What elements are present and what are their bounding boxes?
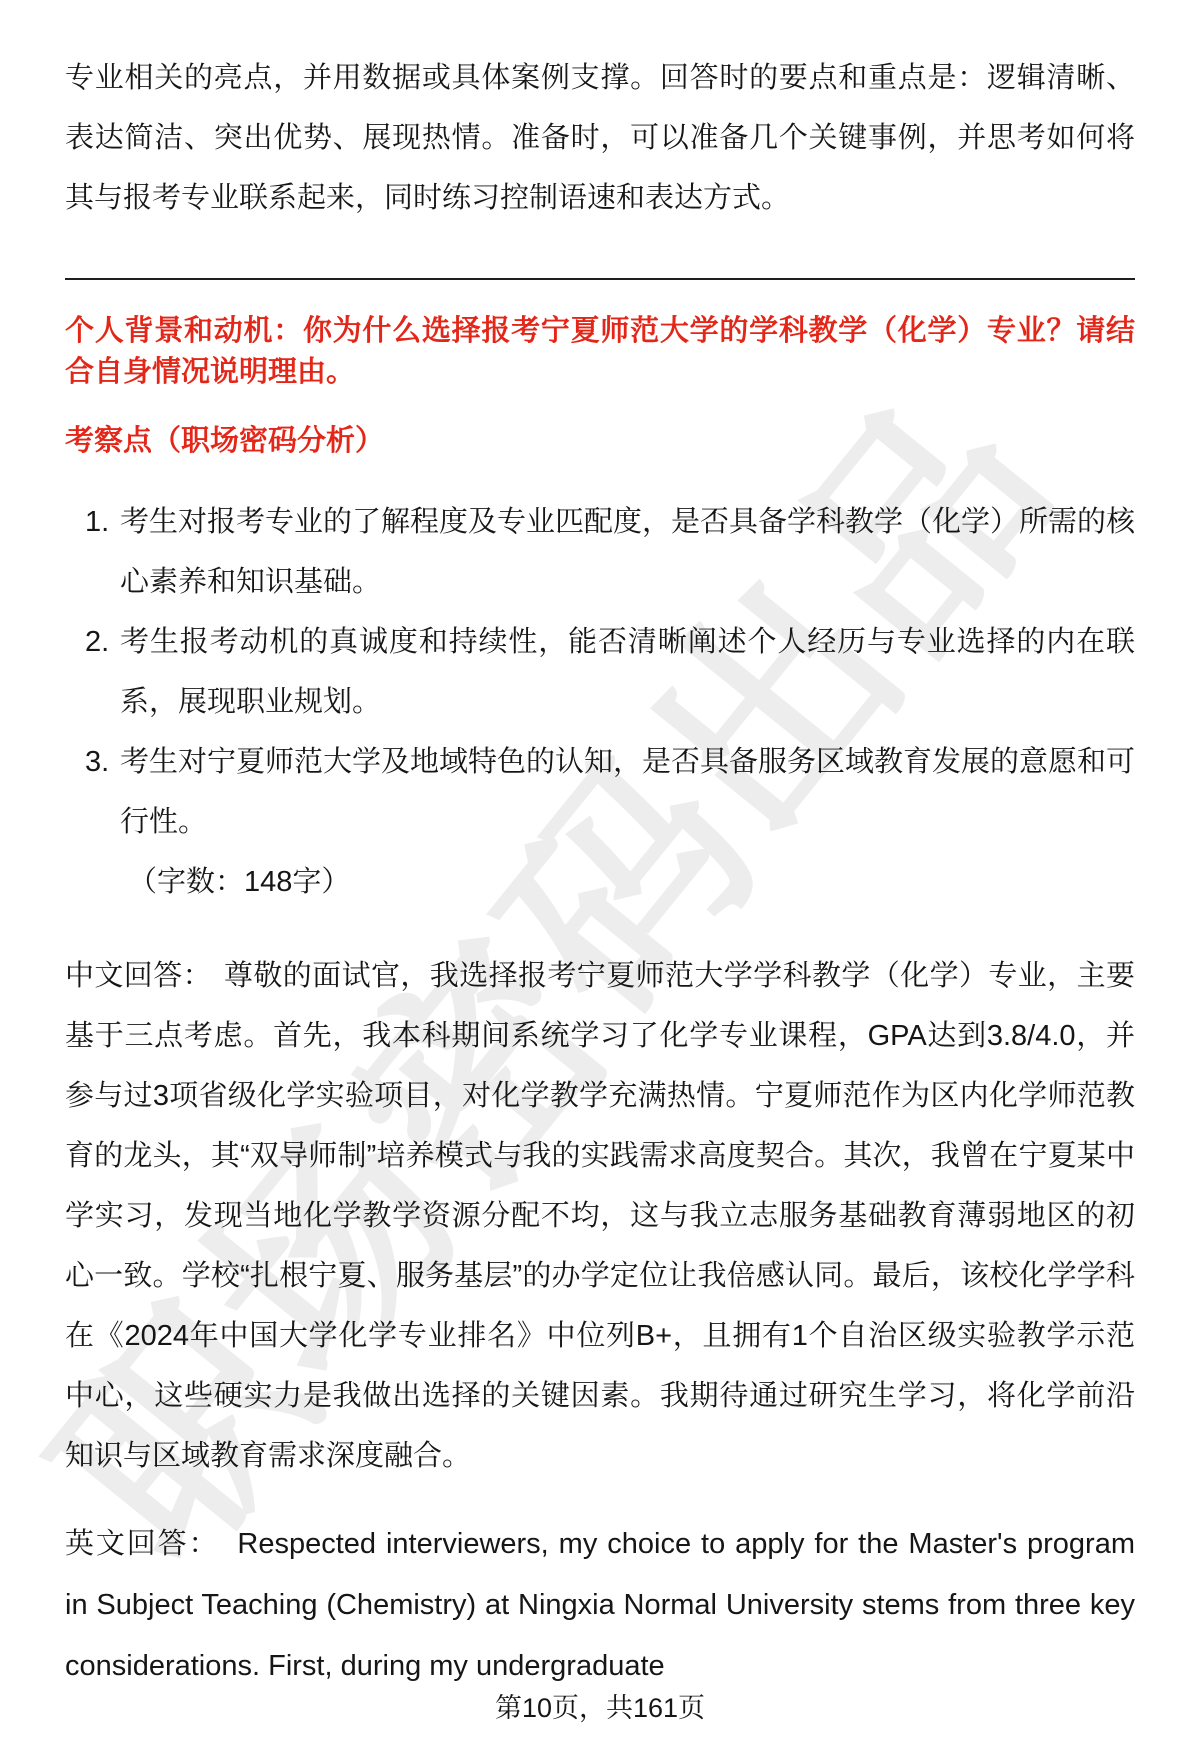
english-answer-paragraph: 英文回答：Respected interviewers, my choice t… xyxy=(65,1514,1135,1697)
list-item: 3. 考生对宁夏师范大学及地域特色的认知，是否具备服务区域教育发展的意愿和可行性… xyxy=(65,732,1135,852)
word-count-note: （字数：148字） xyxy=(65,852,1135,912)
exam-points-heading: 考察点（职场密码分析） xyxy=(65,421,1135,462)
list-item: 1. 考生对报考专业的了解程度及专业匹配度，是否具备学科教学（化学）所需的核心素… xyxy=(65,492,1135,612)
english-answer-label: 英文回答： xyxy=(65,1528,237,1560)
page-content: 专业相关的亮点，并用数据或具体案例支撑。回答时的要点和重点是：逻辑清晰、表达简洁… xyxy=(0,0,1200,1697)
list-item-number: 1. xyxy=(85,492,109,552)
chinese-answer-paragraph: 中文回答：尊敬的面试官，我选择报考宁夏师范大学学科教学（化学）专业，主要基于三点… xyxy=(65,946,1135,1486)
list-item-text: 考生对报考专业的了解程度及专业匹配度，是否具备学科教学（化学）所需的核心素养和知… xyxy=(120,506,1135,598)
chinese-answer-label: 中文回答： xyxy=(65,960,224,992)
intro-paragraph: 专业相关的亮点，并用数据或具体案例支撑。回答时的要点和重点是：逻辑清晰、表达简洁… xyxy=(65,48,1135,228)
list-item-text: 考生报考动机的真诚度和持续性，能否清晰阐述个人经历与专业选择的内在联系，展现职业… xyxy=(120,626,1135,718)
document-page: 职场密码出品 专业相关的亮点，并用数据或具体案例支撑。回答时的要点和重点是：逻辑… xyxy=(0,0,1200,1755)
list-item: 2. 考生报考动机的真诚度和持续性，能否清晰阐述个人经历与专业选择的内在联系，展… xyxy=(65,612,1135,732)
list-item-text: 考生对宁夏师范大学及地域特色的认知，是否具备服务区域教育发展的意愿和可行性。 xyxy=(120,746,1135,838)
list-item-number: 3. xyxy=(85,732,109,792)
exam-points-list: 1. 考生对报考专业的了解程度及专业匹配度，是否具备学科教学（化学）所需的核心素… xyxy=(65,492,1135,852)
list-item-number: 2. xyxy=(85,612,109,672)
question-heading: 个人背景和动机：你为什么选择报考宁夏师范大学的学科教学（化学）专业？请结合自身情… xyxy=(65,311,1135,393)
chinese-answer-body: 尊敬的面试官，我选择报考宁夏师范大学学科教学（化学）专业，主要基于三点考虑。首先… xyxy=(65,960,1135,1472)
page-number: 第10页，共161页 xyxy=(0,1692,1200,1724)
section-divider xyxy=(65,278,1135,280)
